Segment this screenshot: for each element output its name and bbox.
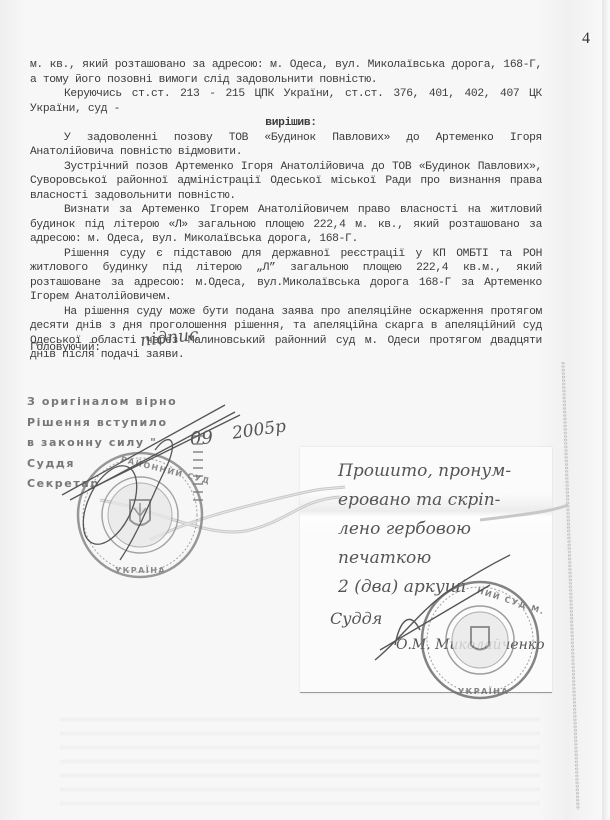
cert-line-secretary: Секретар [27,474,177,495]
cert-line-copy-true: З оригіналом вірно [27,392,177,413]
binding-thread-icon [563,362,578,810]
note-line: еровано та скріп- [338,486,548,515]
decision-body: м. кв., який розташовано за адресою: м. … [30,58,542,363]
paragraph-appeal: На рішення суду може бути подана заява п… [30,305,542,363]
certification-block: З оригіналом вірно Рішення вступило в за… [27,392,177,495]
presiding-judge-label: Головуючий: [30,342,101,354]
presiding-judge-row: Головуючий: [30,342,101,354]
cert-date-year: 2005р [231,416,287,443]
paragraph-counterclaim: Зустрічний позов Артеменко Ігоря Анатолі… [30,160,542,204]
cert-line-judge: Суддя [27,454,177,475]
paragraph-claim-denied: У задоволенні позову ТОВ «Будинок Павлов… [30,131,542,160]
binding-certification-note: Прошито, пронум- еровано та скріп- лено … [300,447,552,693]
cert-line-decision-effective: Рішення вступило [27,413,177,434]
note-line: 2 (два) аркуші [338,573,548,602]
document-page: 4 м. кв., який розташовано за адресою: м… [0,0,610,820]
note-line: лено гербовою [338,515,548,544]
note-judge-signature: О.М. Миколайченко [396,637,545,653]
paragraph-legal-basis: Керуючись ст.ст. 213 - 215 ЦПК України, … [30,87,542,116]
note-line: Прошито, пронум- [338,457,548,486]
left-seal-ukraine-text: УКРАЇНА [115,565,166,575]
page-edge [602,0,610,820]
note-line: печаткою [338,544,548,573]
bleed-through-text [60,708,540,808]
decision-heading: вирішив: [30,116,542,131]
cert-line-legal-force: в законну силу " [27,433,177,454]
note-judge-label: Суддя [330,609,382,628]
note-handwritten-text: Прошито, пронум- еровано та скріп- лено … [338,457,548,602]
paragraph-ownership: Визнати за Артеменко Ігорем Анатолійович… [30,203,542,247]
paragraph-registration: Рішення суду є підставою для державної р… [30,247,542,305]
page-number: 4 [582,30,590,48]
paragraph-claims-satisfied: м. кв., який розташовано за адресою: м. … [30,58,542,87]
cert-date-day: 09 [189,427,213,450]
